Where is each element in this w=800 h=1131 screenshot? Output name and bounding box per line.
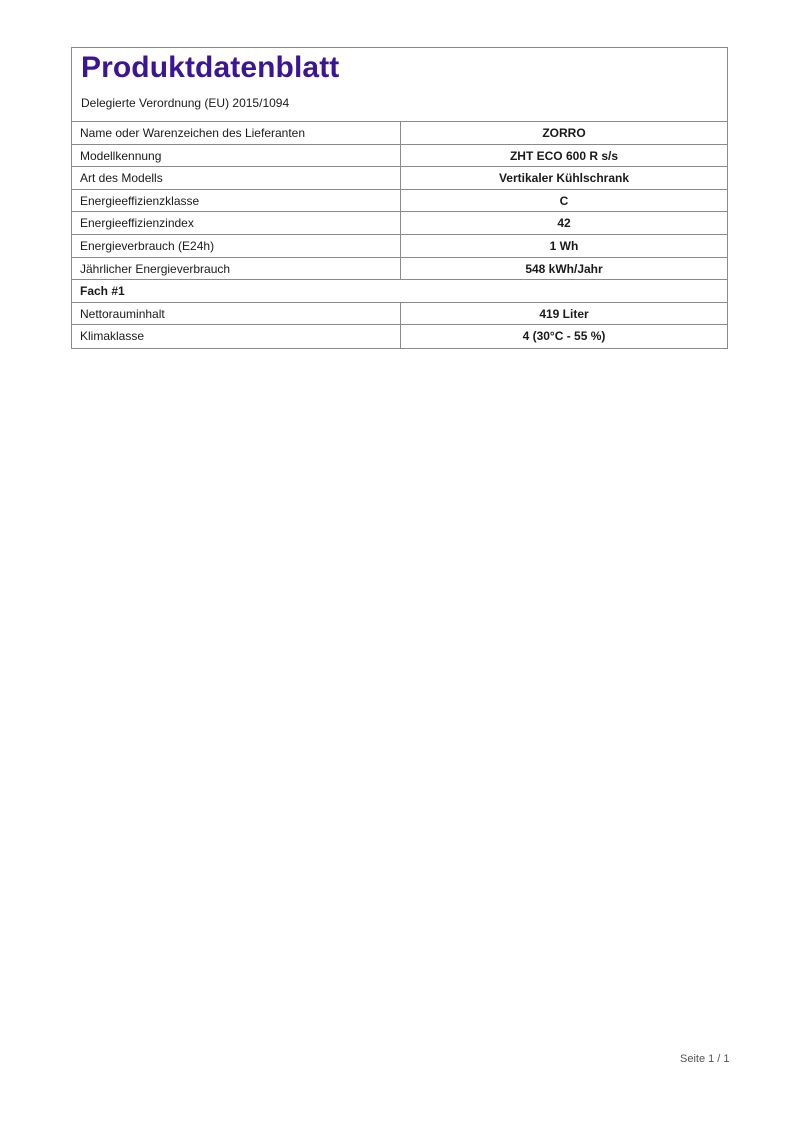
row-value: 42 xyxy=(401,212,727,234)
table-row: Name oder Warenzeichen des Lieferanten Z… xyxy=(72,122,727,145)
product-data-sheet: Produktdatenblatt Delegierte Verordnung … xyxy=(71,47,728,349)
section-header-row: Fach #1 xyxy=(72,280,727,303)
table-row: Modellkennung ZHT ECO 600 R s/s xyxy=(72,145,727,168)
row-label: Energieverbrauch (E24h) xyxy=(72,235,401,257)
row-value: Vertikaler Kühlschrank xyxy=(401,167,727,189)
row-label: Klimaklasse xyxy=(72,325,401,348)
row-label: Jährlicher Energieverbrauch xyxy=(72,258,401,280)
table-row: Energieverbrauch (E24h) 1 Wh xyxy=(72,235,727,258)
table-row: Jährlicher Energieverbrauch 548 kWh/Jahr xyxy=(72,258,727,281)
table-row: Klimaklasse 4 (30°C - 55 %) xyxy=(72,325,727,348)
row-label: Energieeffizienzindex xyxy=(72,212,401,234)
table-row: Art des Modells Vertikaler Kühlschrank xyxy=(72,167,727,190)
row-value: ZORRO xyxy=(401,122,727,144)
row-label: Modellkennung xyxy=(72,145,401,167)
row-value: ZHT ECO 600 R s/s xyxy=(401,145,727,167)
page-title: Produktdatenblatt xyxy=(81,51,339,85)
table-row: Energieeffizienzklasse C xyxy=(72,190,727,213)
row-value: 548 kWh/Jahr xyxy=(401,258,727,280)
page-number: Seite 1 / 1 xyxy=(680,1053,730,1065)
section-title: Fach #1 xyxy=(72,280,125,302)
regulation-reference: Delegierte Verordnung (EU) 2015/1094 xyxy=(81,96,289,110)
row-label: Energieeffizienzklasse xyxy=(72,190,401,212)
row-value: 4 (30°C - 55 %) xyxy=(401,325,727,348)
table-row: Nettorauminhalt 419 Liter xyxy=(72,303,727,326)
row-value: C xyxy=(401,190,727,212)
row-label: Art des Modells xyxy=(72,167,401,189)
row-label: Nettorauminhalt xyxy=(72,303,401,325)
row-value: 419 Liter xyxy=(401,303,727,325)
sheet-header: Produktdatenblatt Delegierte Verordnung … xyxy=(72,48,727,122)
table-row: Energieeffizienzindex 42 xyxy=(72,212,727,235)
row-value: 1 Wh xyxy=(401,235,727,257)
row-label: Name oder Warenzeichen des Lieferanten xyxy=(72,122,401,144)
